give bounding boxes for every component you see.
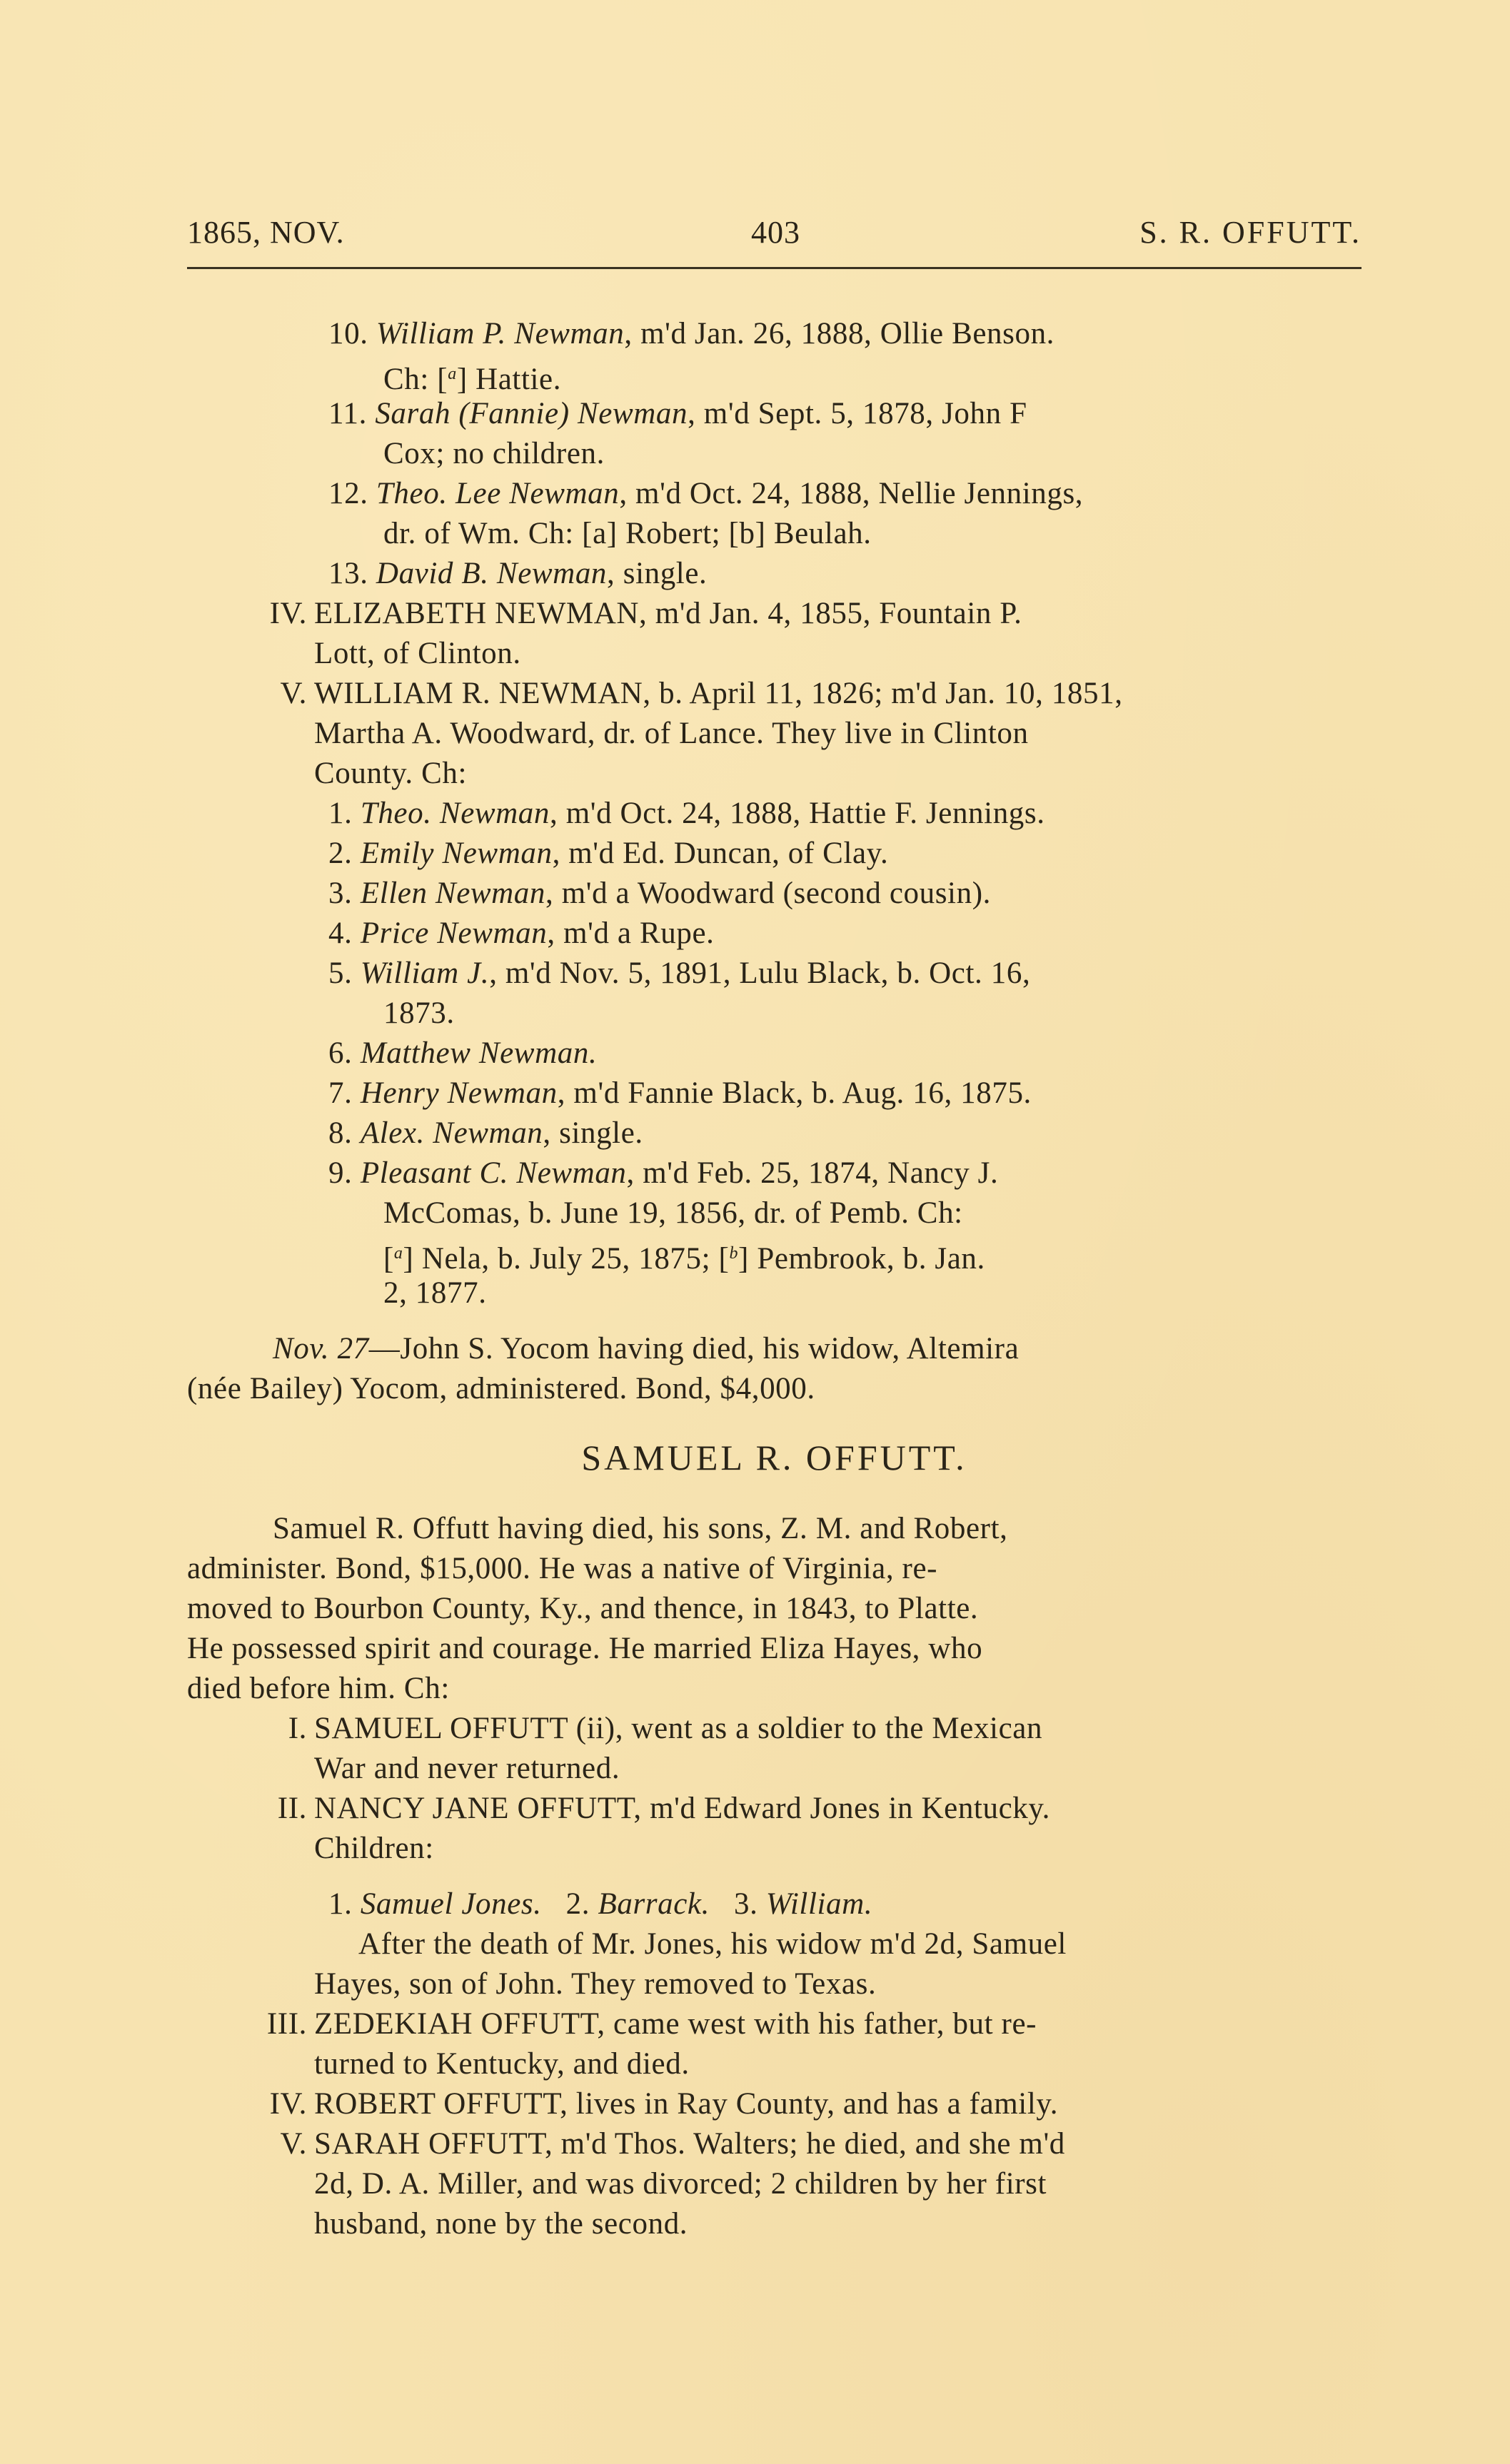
item-number: 7. — [328, 1076, 352, 1110]
item-text: Pembrook, b. Jan. — [757, 1242, 985, 1276]
footnote-mark: b — [729, 1244, 738, 1263]
roman-entry-continuation: Children: — [187, 1829, 1361, 1869]
roman-entry: III.ZEDEKIAH OFFUTT, came west with his … — [187, 2004, 1361, 2044]
person-name: Price Newman — [361, 917, 548, 950]
person-name: William J. — [361, 956, 489, 990]
child-name: ] Hattie. — [457, 363, 561, 396]
entry-text: SAMUEL OFFUTT (ii), went as a soldier to… — [314, 1712, 1042, 1745]
person-name: Theo. Lee Newman — [376, 477, 619, 510]
roman-entry-continuation: Martha A. Woodward, dr. of Lance. They l… — [187, 714, 1361, 754]
person-name: Ellen Newman — [361, 877, 545, 910]
list-item-continuation: Ch: [a] Hattie. — [187, 354, 1361, 394]
list-item-continuation: 1873. — [187, 994, 1361, 1034]
header-rule — [187, 267, 1361, 269]
list-item: 13. David B. Newman, single. — [187, 554, 1361, 594]
paragraph-line: administer. Bond, $15,000. He was a nati… — [187, 1549, 1361, 1589]
paragraph-line: He possessed spirit and courage. He marr… — [187, 1629, 1361, 1669]
roman-entry-continuation: War and never returned. — [187, 1749, 1361, 1789]
item-number: 12. — [328, 477, 368, 510]
entry-text: ZEDEKIAH OFFUTT, came west with his fath… — [314, 2007, 1037, 2041]
item-text: , m'd Jan. 26, 1888, Ollie Benson. — [624, 317, 1055, 350]
item-text: , single. — [607, 557, 707, 590]
roman-entry: II.NANCY JANE OFFUTT, m'd Edward Jones i… — [187, 1789, 1361, 1829]
item-number: 10. — [328, 317, 368, 350]
roman-entry-continuation: Lott, of Clinton. — [187, 634, 1361, 674]
person-name: Samuel Jones. — [361, 1887, 542, 1921]
spacer — [187, 1313, 1361, 1329]
roman-numeral: IV. — [187, 2084, 314, 2124]
spacer — [187, 1869, 1361, 1884]
person-name: Emily Newman — [361, 837, 553, 870]
list-item: 8. Alex. Newman, single. — [187, 1114, 1361, 1153]
footnote-mark: a — [448, 365, 457, 383]
entry-text: WILLIAM R. NEWMAN, b. April 11, 1826; m'… — [314, 677, 1123, 710]
bracket-close: ] — [403, 1242, 422, 1276]
person-name: Theo. Newman — [361, 797, 550, 830]
list-item: 9. Pleasant C. Newman, m'd Feb. 25, 1874… — [187, 1153, 1361, 1193]
item-text: , m'd Nov. 5, 1891, Lulu Black, b. Oct. … — [489, 956, 1030, 990]
item-number: 11. — [328, 397, 367, 430]
dated-entry: Nov. 27—John S. Yocom having died, his w… — [187, 1329, 1361, 1369]
roman-entry-continuation: husband, none by the second. — [187, 2204, 1361, 2244]
person-name: Pleasant C. Newman — [361, 1156, 627, 1190]
list-item: 3. Ellen Newman, m'd a Woodward (second … — [187, 874, 1361, 914]
note-line: Hayes, son of John. They removed to Texa… — [187, 1964, 1361, 2004]
running-head: 1865, NOV. 403 S. R. OFFUTT. — [187, 214, 1361, 257]
roman-entry-continuation: 2d, D. A. Miller, and was divorced; 2 ch… — [187, 2164, 1361, 2204]
item-text: , m'd a Woodward (second cousin). — [545, 877, 991, 910]
roman-entry-continuation: County. Ch: — [187, 754, 1361, 794]
entry-text: ROBERT OFFUTT, lives in Ray County, and … — [314, 2087, 1058, 2121]
note-line: After the death of Mr. Jones, his widow … — [187, 1924, 1361, 1964]
roman-entry: V.WILLIAM R. NEWMAN, b. April 11, 1826; … — [187, 674, 1361, 714]
item-text: , m'd Oct. 24, 1888, Nellie Jennings, — [619, 477, 1083, 510]
inline-list: 1. Samuel Jones. 2. Barrack. 3. William. — [187, 1884, 1361, 1924]
entry-text: ELIZABETH NEWMAN, m'd Jan. 4, 1855, Foun… — [314, 597, 1022, 630]
roman-entry: IV.ELIZABETH NEWMAN, m'd Jan. 4, 1855, F… — [187, 594, 1361, 634]
person-name: William. — [766, 1887, 872, 1921]
list-item-continuation: Cox; no children. — [187, 434, 1361, 474]
section-heading: SAMUEL R. OFFUTT. — [187, 1438, 1361, 1478]
list-item-continuation: McComas, b. June 19, 1856, dr. of Pemb. … — [187, 1193, 1361, 1233]
item-text: , m'd Fannie Black, b. Aug. 16, 1875. — [558, 1076, 1032, 1110]
paragraph-line: died before him. Ch: — [187, 1669, 1361, 1709]
roman-entry: V.SARAH OFFUTT, m'd Thos. Walters; he di… — [187, 2124, 1361, 2164]
person-name: David B. Newman — [376, 557, 607, 590]
list-item-continuation: dr. of Wm. Ch: [a] Robert; [b] Beulah. — [187, 514, 1361, 554]
running-head-date: 1865, NOV. — [187, 214, 345, 251]
item-number: 3. — [734, 1887, 757, 1921]
list-item: 2. Emily Newman, m'd Ed. Duncan, of Clay… — [187, 834, 1361, 874]
item-number: 5. — [328, 956, 352, 990]
item-number: 8. — [328, 1116, 352, 1150]
person-name: Barrack. — [598, 1887, 709, 1921]
item-number: 4. — [328, 917, 352, 950]
item-number: 1. — [328, 1887, 352, 1921]
footnote-mark: a — [394, 1244, 403, 1263]
person-name: Sarah (Fannie) Newman — [375, 397, 688, 430]
item-number: 6. — [328, 1036, 352, 1070]
list-item: 10. William P. Newman, m'd Jan. 26, 1888… — [187, 314, 1361, 354]
person-name: Henry Newman — [361, 1076, 558, 1110]
item-text: , m'd Ed. Duncan, of Clay. — [553, 837, 889, 870]
roman-numeral: II. — [187, 1789, 314, 1829]
roman-numeral: IV. — [187, 594, 314, 634]
roman-numeral: V. — [187, 674, 314, 714]
item-text: , m'd Feb. 25, 1874, Nancy J. — [627, 1156, 999, 1190]
list-item: 4. Price Newman, m'd a Rupe. — [187, 914, 1361, 954]
list-item: 7. Henry Newman, m'd Fannie Black, b. Au… — [187, 1074, 1361, 1114]
page-number: 403 — [751, 214, 800, 251]
item-number: 9. — [328, 1156, 352, 1190]
person-name: Matthew Newman. — [361, 1036, 597, 1070]
roman-numeral: V. — [187, 2124, 314, 2164]
roman-entry-continuation: turned to Kentucky, and died. — [187, 2044, 1361, 2084]
roman-numeral: III. — [187, 2004, 314, 2044]
item-number: 1. — [328, 797, 352, 830]
list-item: 5. William J., m'd Nov. 5, 1891, Lulu Bl… — [187, 954, 1361, 994]
page-body: 10. William P. Newman, m'd Jan. 26, 1888… — [187, 314, 1361, 2244]
item-text: , m'd Oct. 24, 1888, Hattie F. Jennings. — [550, 797, 1045, 830]
person-name: William P. Newman — [376, 317, 624, 350]
entry-text: NANCY JANE OFFUTT, m'd Edward Jones in K… — [314, 1792, 1050, 1825]
item-number: 2. — [328, 837, 352, 870]
bracket-open: [ — [383, 1242, 394, 1276]
person-name: Alex. Newman — [361, 1116, 543, 1150]
item-text: , single. — [543, 1116, 643, 1150]
item-number: 3. — [328, 877, 352, 910]
item-text: , m'd Sept. 5, 1878, John F — [688, 397, 1027, 430]
children-label: Ch: [ — [383, 363, 448, 396]
paragraph-line: Samuel R. Offutt having died, his sons, … — [187, 1509, 1361, 1549]
item-number: 13. — [328, 557, 368, 590]
dated-entry-continuation: (née Bailey) Yocom, administered. Bond, … — [187, 1369, 1361, 1409]
roman-entry: IV.ROBERT OFFUTT, lives in Ray County, a… — [187, 2084, 1361, 2124]
entry-text: —John S. Yocom having died, his widow, A… — [369, 1332, 1020, 1365]
paragraph-line: moved to Bourbon County, Ky., and thence… — [187, 1589, 1361, 1629]
list-item: 12. Theo. Lee Newman, m'd Oct. 24, 1888,… — [187, 474, 1361, 514]
entry-text: SARAH OFFUTT, m'd Thos. Walters; he died… — [314, 2127, 1065, 2161]
item-text: Nela, b. July 25, 1875; [ — [422, 1242, 730, 1276]
roman-entry: I.SAMUEL OFFUTT (ii), went as a soldier … — [187, 1709, 1361, 1749]
list-item-continuation: [a] Nela, b. July 25, 1875; [b] Pembrook… — [187, 1233, 1361, 1273]
list-item: 6. Matthew Newman. — [187, 1034, 1361, 1074]
roman-numeral: I. — [187, 1709, 314, 1749]
list-item: 1. Theo. Newman, m'd Oct. 24, 1888, Hatt… — [187, 794, 1361, 834]
list-item: 11. Sarah (Fannie) Newman, m'd Sept. 5, … — [187, 394, 1361, 434]
list-item-continuation: 2, 1877. — [187, 1273, 1361, 1313]
entry-date: Nov. 27 — [273, 1332, 369, 1365]
bracket-close: ] — [738, 1242, 757, 1276]
item-text: , m'd a Rupe. — [547, 917, 714, 950]
running-head-title: S. R. OFFUTT. — [1139, 214, 1361, 251]
item-number: 2. — [566, 1887, 590, 1921]
